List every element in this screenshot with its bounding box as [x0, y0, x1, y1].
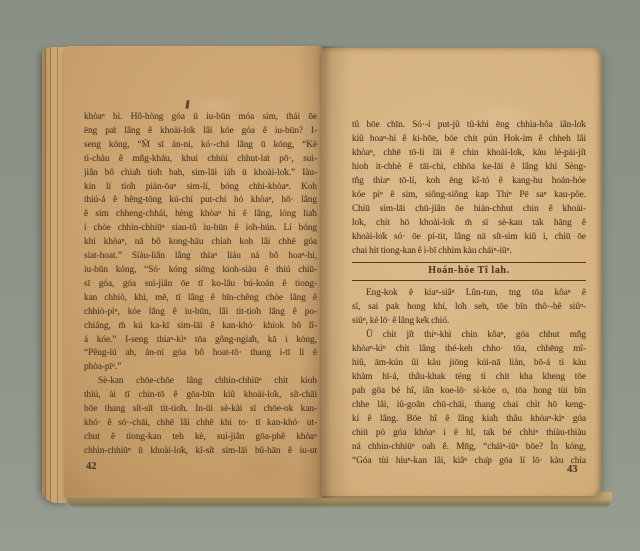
- text-line: siûⁿ, kè lō· ê lâng ke̍k chió.: [352, 314, 586, 328]
- text-line: khì khòaⁿ, nā bô kong-hāu chiah koh lâi …: [84, 236, 317, 250]
- text-line: pah gōa bé hî, iân koe-lō· sì-kòe o, tōa…: [352, 384, 586, 398]
- text-line: siat-hoat.” Siàu-liân lâng thiaⁿ liáu ná…: [84, 250, 317, 264]
- text-line: ná chhin-chhiūⁿ oa̍h ê. Mn̄g, “cháiⁿ-iūⁿ…: [352, 440, 586, 454]
- text-line: jiân bô chia̍h tio̍h bah, sim-lāi iáh ū …: [84, 167, 317, 181]
- text-line: hiû, ām-kún ûi kàu jiōng kúi-nā liàn, bō…: [352, 356, 586, 370]
- text-line: ēng pa̍t lâng ê khoài-lo̍k lâi kóe góa ê…: [84, 125, 317, 139]
- text-line: Ū chit ji̍t thiⁿ-khì chin kôaⁿ, góa chhu…: [352, 328, 586, 342]
- text-line: seng kóng, “M̄ sī án-ni, kó·-chá lâng ū …: [84, 139, 317, 153]
- text-line: sî, sai pak hong khí, lo̍h seh, tōe bīn …: [352, 300, 586, 314]
- text-line: sī góa, góa sui-jiân ōe tī ko-lâu bú-koá…: [84, 278, 317, 292]
- text-line: chai hit tiong-kan ê ì-bī chhim kàu chái…: [352, 244, 586, 258]
- text-line: i chòe chhin-chhiūⁿ siau-tû iu-būn ê io̍…: [84, 222, 317, 236]
- text-line: khoài-lo̍k só· ōe pí-tit, lâng nā si̍t-s…: [352, 230, 586, 244]
- text-line: tn̂g thiaⁿ tō-lí, koh ēng kî-tó ê kang-h…: [352, 174, 586, 188]
- text-line: tû bōe chīn. Só·-í put-jû tû-khì ēng chh…: [352, 118, 586, 132]
- section-heading: Hoán-hóe Tî lah.: [352, 264, 586, 278]
- text-line: kí ê lâng. Bōe hî ê lâng kia̍h thâu khòa…: [352, 412, 586, 426]
- left-page-number: 42: [86, 461, 97, 472]
- text-line: khó· ê só·-chāi, chhē lâi chhē khì to· t…: [84, 417, 317, 431]
- text-line: kan chhiò, khì, mē, tī lâng ê bīn-chêng …: [84, 292, 317, 306]
- text-line: kóe pìⁿ ê sim, siông-siông kap Thiⁿ Pē s…: [352, 188, 586, 202]
- text-line: chiū pò góa khòaⁿ i ê hî, ta̍k bé chhiⁿ …: [352, 426, 586, 440]
- paragraph: Eng-kok ê kiaⁿ-siâⁿ Lûn-tun, tng tōa kôa…: [352, 286, 586, 328]
- text-line: Eng-kok ê kiaⁿ-siâⁿ Lûn-tun, tng tōa kôa…: [352, 286, 586, 300]
- text-line: chhiò-pìⁿ, kóe lâng ê iu-būn, lâi tit-ti…: [84, 306, 317, 320]
- right-page: tû bōe chīn. Só·-í put-jû tû-khì ēng chh…: [322, 48, 602, 496]
- text-line: chut ê tiong-kan teh kè, sui-jiân gōa-ph…: [84, 431, 317, 445]
- right-page-number: 43: [567, 464, 578, 475]
- text-line: hioh it-chhè ê tāi-chì, chhōa ke-lāi ê l…: [352, 160, 586, 174]
- section-heading-block: Hoán-hóe Tî lah.: [352, 262, 586, 281]
- text-line: phòa-pīⁿ.”: [84, 361, 317, 375]
- text-line: bōe thang si̍t-si̍t tit-tio̍h. In-ūi sè-…: [84, 403, 317, 417]
- text-line: thiú-á ê hêng-tōng kú-chí put-chí hó khò…: [84, 194, 317, 208]
- text-line: lo̍k, chit hō khoài-lo̍k m̄ sī sè-kan ta…: [352, 216, 586, 230]
- ink-speck: [185, 100, 189, 109]
- text-line: Sè-kan chōe-chōe lâng chhin-chhiūⁿ chit …: [84, 375, 317, 389]
- text-line: á kóe.” I-seng thiaⁿ-kìⁿ tōa gông-ngia̍h…: [84, 334, 317, 348]
- text-line: khòaⁿ hì. Hô-hòng góa ū iu-būn móa sim, …: [84, 111, 317, 125]
- text-line: iu-būn kóng, “Só· kóng siōng kioh-siàu ê…: [84, 264, 317, 278]
- right-page-text: tû bōe chīn. Só·-í put-jû tû-khì ēng chh…: [352, 118, 586, 468]
- text-line: chhe lâi, iû-goân chū-chāi, thang chai c…: [352, 398, 586, 412]
- text-line: khàm hī-á, thâu-khak téng tì chit kha kh…: [352, 370, 586, 384]
- text-line: chiáng, m̄ kú ka-kī sim-lāi ê kan-khó· k…: [84, 320, 317, 334]
- text-line: khòaⁿ-kìⁿ chit lâng thé-keh chho· tōa, c…: [352, 342, 586, 356]
- text-line: Chiū sim-lāi chū-jiân ōe hián-chhut chin…: [352, 202, 586, 216]
- text-line: kiû hoaⁿ-hí ê ki-hōe, bóe chit pún Hok-i…: [352, 132, 586, 146]
- text-line: khòaⁿ, chhē tō-lí lāi ê chin khoài-lo̍k,…: [352, 146, 586, 160]
- text-line: thiú, ài tī chin-tō ê gōa-bīn kiû khoài-…: [84, 389, 317, 403]
- text-line: ti-chàu ê mn̂g-kháu, khui chhùi chhut-la…: [84, 153, 317, 167]
- paragraph: Ū chit ji̍t thiⁿ-khì chin kôaⁿ, góa chhu…: [352, 328, 586, 468]
- text-line: “Pêng-iú ah, án-ni góa bô hoat-tō· thang…: [84, 347, 317, 361]
- text-line: “Góa tùi hiuⁿ-kan lâi, kiâⁿ cha̍p gōa lí…: [352, 454, 586, 468]
- text-line: ê sim chheng-chhái, hèng khòaⁿ hì ê lâng…: [84, 208, 317, 222]
- open-book-photo: khòaⁿ hì. Hô-hòng góa ū iu-būn móa sim, …: [0, 0, 640, 551]
- left-page: khòaⁿ hì. Hô-hòng góa ū iu-būn móa sim, …: [64, 46, 322, 498]
- text-line: kín lí tio̍h piàn-ōaⁿ sim-lí, bóng chhì-…: [84, 181, 317, 195]
- text-line: chhin-chhiūⁿ ū khoài-lo̍k, kî-si̍t sim-l…: [84, 445, 317, 459]
- left-page-text: khòaⁿ hì. Hô-hòng góa ū iu-būn móa sim, …: [84, 111, 317, 459]
- paragraph-continued: tû bōe chīn. Só·-í put-jû tû-khì ēng chh…: [352, 118, 586, 258]
